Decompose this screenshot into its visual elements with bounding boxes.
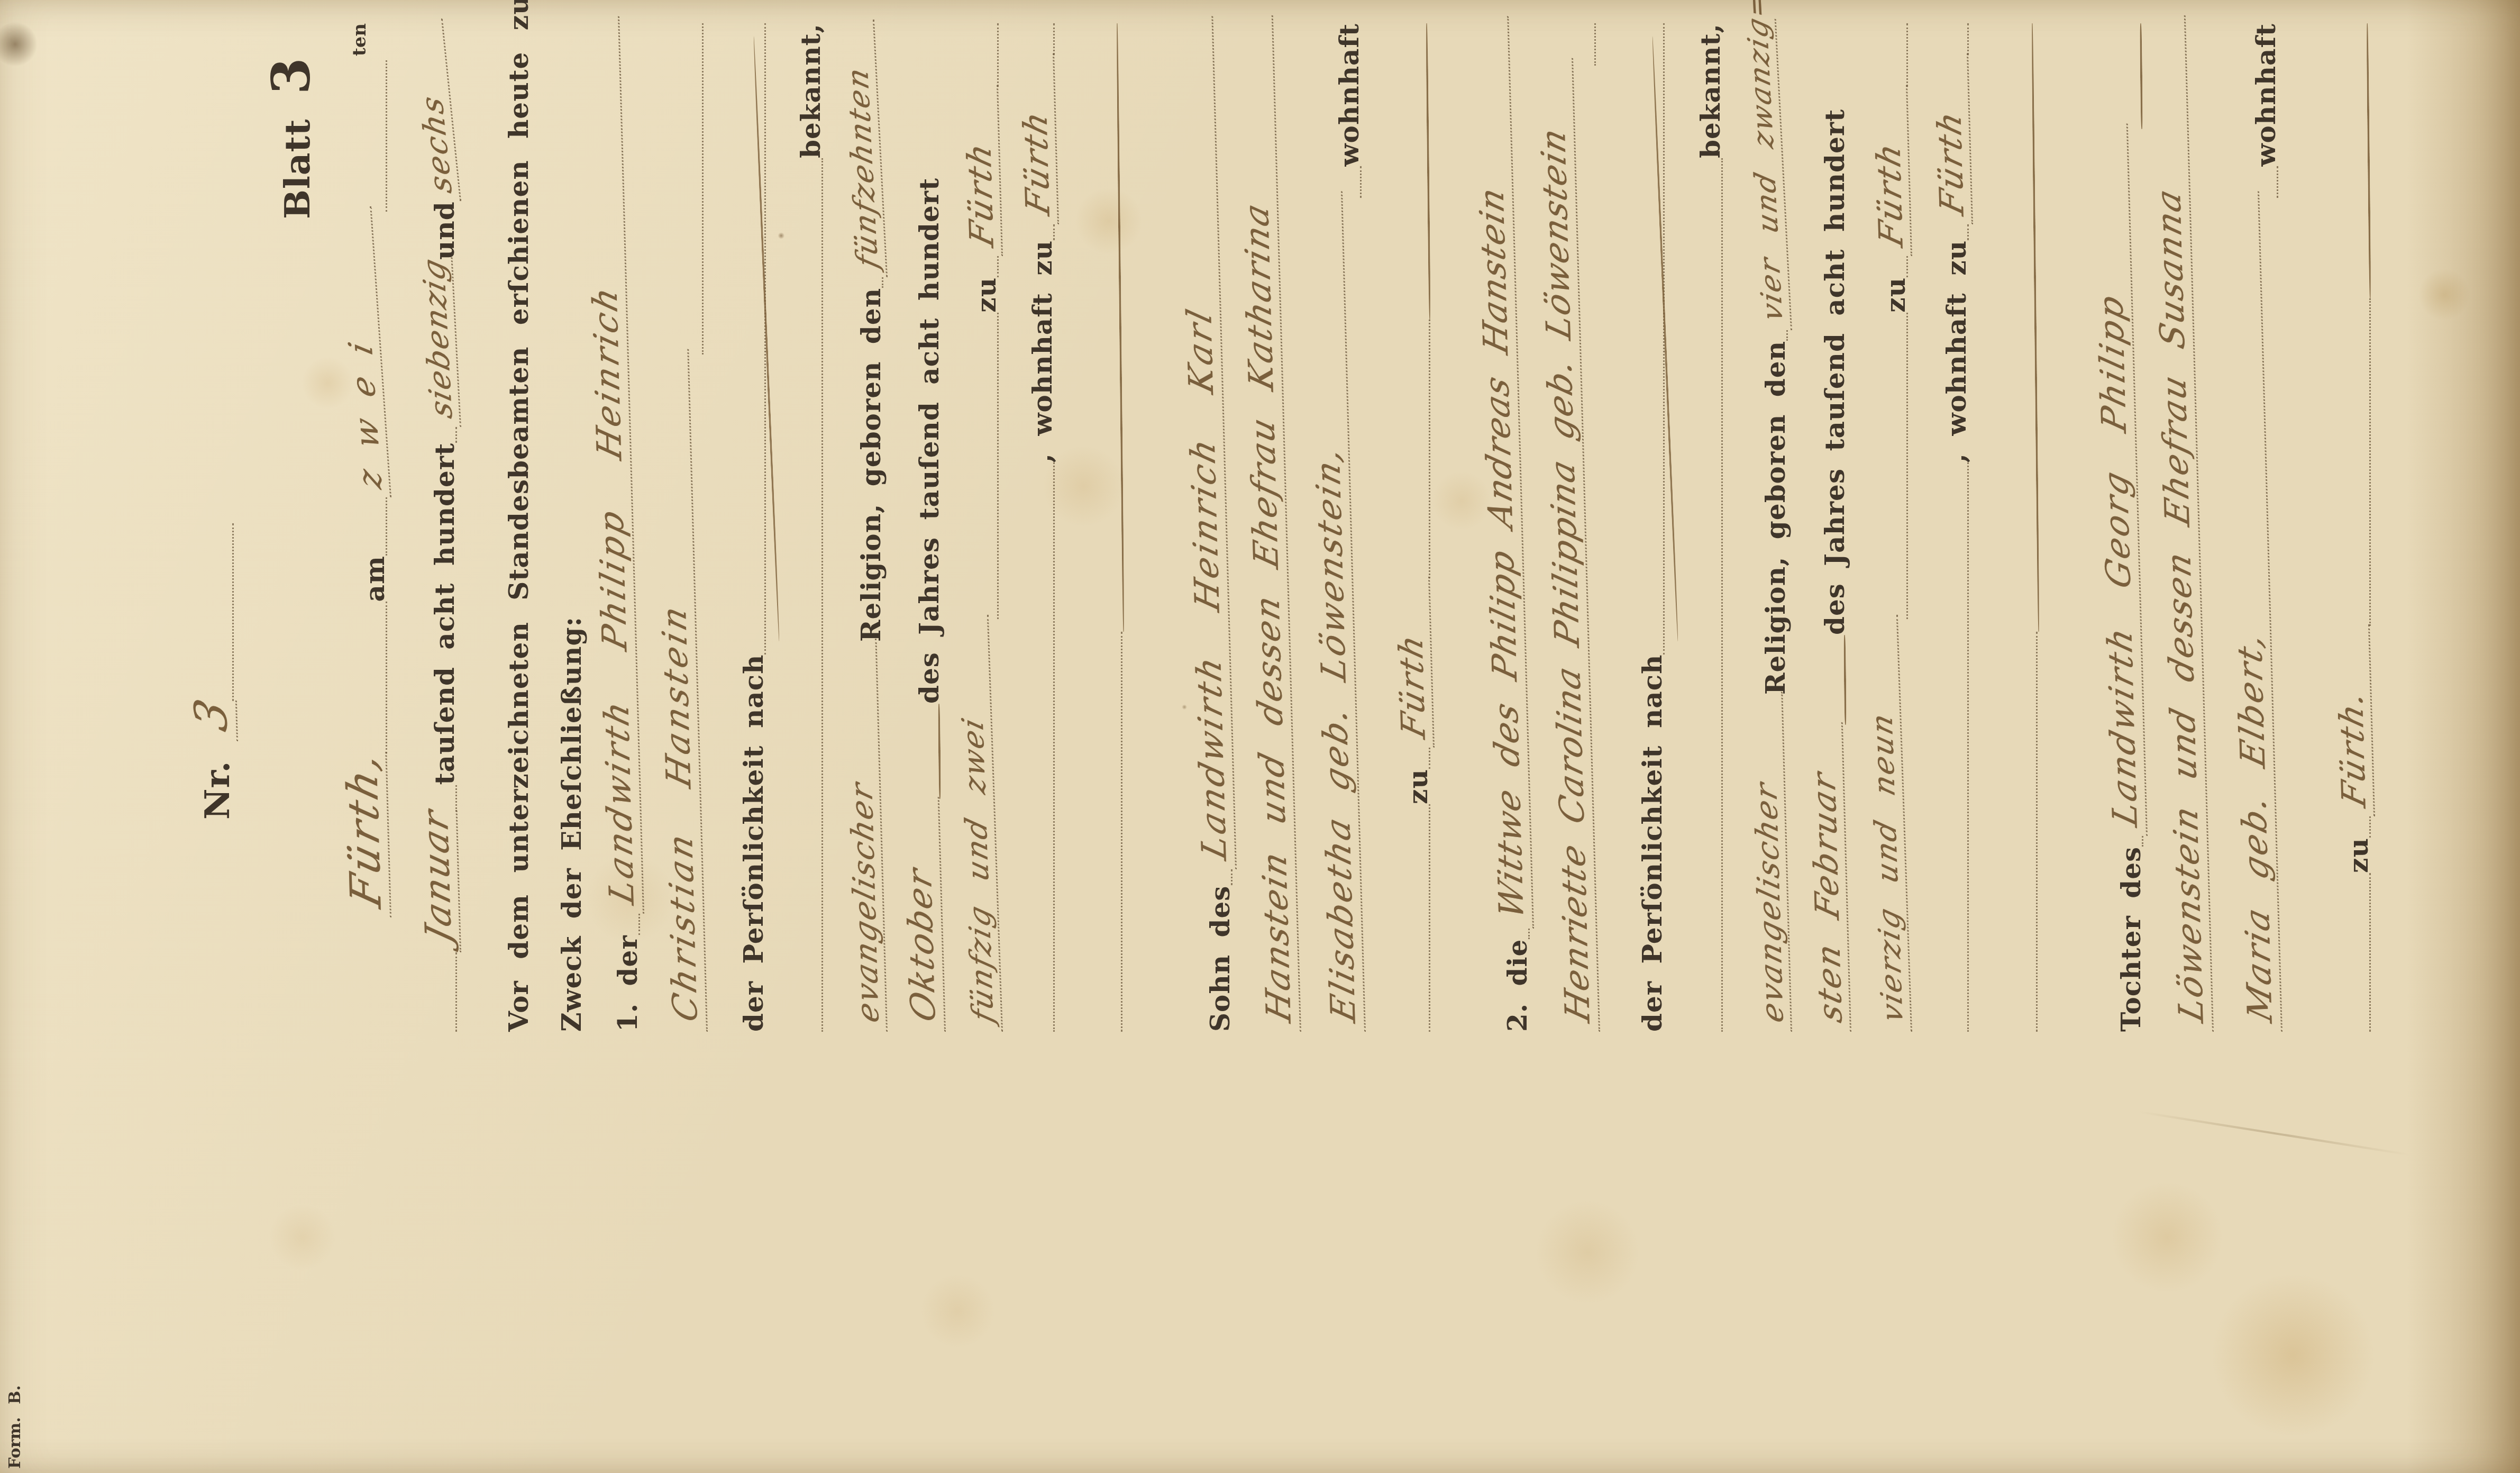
- line-bride-1: 2. dieWittwe des Philipp Andreas Hanstei…: [1481, 23, 1534, 1032]
- line-bride-birthyear-2: vierzig und neunzuFürth: [1859, 23, 1912, 1032]
- printed-form-text: 1. der: [615, 935, 644, 1032]
- line-groom-birthyear-2: fünfzig und zweizuFürth: [950, 23, 1003, 1032]
- line-groom-father: Sohn desLandwirth Heinrich Karl: [1184, 23, 1237, 1032]
- blatt-header: Blatt 3: [264, 29, 333, 219]
- printed-form-text: wohnhaft: [2253, 23, 2282, 166]
- dotted-rule: [1053, 224, 1055, 240]
- nr-label: Nr.: [201, 760, 238, 820]
- line-bride-religion: evangelischerReligion, geboren denvier u…: [1739, 23, 1792, 1032]
- dotted-rule: [1429, 748, 1430, 769]
- dotted-rule: [2277, 166, 2278, 198]
- line-groom-religion: evangelischerReligion, geboren denfünfze…: [835, 23, 888, 1032]
- handwritten-entry: fünfzig und zwei: [956, 607, 1003, 1032]
- printed-form-text: am: [362, 556, 391, 602]
- dotted-rule: [455, 427, 457, 443]
- printed-superscript: ten: [349, 23, 370, 60]
- line-record-place-date: Fürth,amzweiten: [339, 23, 391, 917]
- printed-form-text: der Perſönlichkeit nach: [741, 654, 770, 1032]
- line-bride-residence: , wohnhaft zuFürth: [1920, 23, 1973, 1032]
- dotted-rule: [702, 23, 704, 354]
- line-record-year: Januartauſend acht hundertsiebenzigundse…: [408, 23, 461, 1032]
- ink-dash-stroke: [1426, 23, 1431, 320]
- line-groom-parents-2: Hanstein und dessen Ehefrau Katharina: [1248, 23, 1301, 1032]
- dotted-rule: [821, 158, 823, 1032]
- handwritten-entry: Christian Hanstein: [653, 340, 708, 1032]
- handwritten-entry: sten Februar: [1807, 713, 1851, 1032]
- dotted-rule: [1053, 462, 1055, 1032]
- nr-header: Nr. 3: [185, 523, 238, 820]
- blatt-label: Blatt: [280, 119, 318, 219]
- printed-form-text: zu: [973, 277, 1003, 313]
- dotted-rule: [2142, 836, 2143, 847]
- handwritten-entry: evangelischer: [843, 630, 888, 1032]
- dotted-rule: [1721, 158, 1723, 1032]
- dotted-rule: [997, 313, 999, 619]
- line-groom-mother: Elisabetha geb. Löwenstein,wohnhaft: [1313, 23, 1366, 1032]
- dotted-rule: [1906, 313, 1908, 619]
- handwritten-entry: Landwirth Heinrich Karl: [1177, 7, 1237, 869]
- handwritten-entry: Fürth: [1019, 44, 1059, 224]
- nr-number-handwritten: 3: [191, 689, 238, 741]
- dotted-rule: [1906, 256, 1908, 277]
- ink-dash-stroke: [1116, 23, 1125, 632]
- ink-dash-stroke: [2366, 23, 2371, 298]
- line-bride-parents-residence: zuFürth.: [2322, 23, 2375, 1032]
- form-imprint: Form. B.: [0, 1331, 26, 1469]
- line-bride-filler: [1989, 23, 2042, 1032]
- ink-filler-stroke: [1663, 23, 1665, 654]
- printed-form-text: des Jahres tauſend acht hundert: [916, 178, 946, 704]
- line-standesbeamter: Vor dem unterzeichneten Standesbeamten e…: [482, 23, 535, 1032]
- printed-form-text: des Jahres tauſend acht hundert: [1822, 109, 1851, 635]
- dotted-rule: [386, 497, 387, 556]
- blatt-number: 3: [264, 57, 321, 95]
- handwritten-entry: Fürth,: [343, 741, 391, 917]
- line-groom-parents-residence: zuFürth: [1382, 23, 1435, 1032]
- handwritten-entry: Maria geb. Elbert,: [2223, 183, 2282, 1032]
- handwritten-entry: Wittwe des Philipp Andreas Hanstein: [1473, 7, 1534, 928]
- line-groom-identity: der Perſönlichkeit nach: [717, 23, 770, 1032]
- printed-form-text: Religion, geboren den: [858, 288, 888, 642]
- ink-filler-stroke: [764, 23, 766, 654]
- registry-sheet: Blatt 3 Nr. 3 Form. B. Fürth,amzweitenJa…: [0, 0, 2520, 1473]
- ink-dash-stroke: [2031, 23, 2040, 632]
- handwritten-entry: Januar: [419, 801, 461, 952]
- printed-form-text: zu: [2345, 838, 2375, 873]
- line-groom-2: Christian Hanstein: [655, 23, 708, 1032]
- printed-form-text: und: [432, 201, 461, 260]
- line-groom-filler: [1074, 23, 1127, 1032]
- line-zweck: Zweck der Eheſchließung:: [535, 23, 588, 1032]
- line-bride-mother: Maria geb. Elbert,wohnhaft: [2230, 23, 2282, 1032]
- dotted-rule: [2369, 816, 2371, 838]
- line-bride-identity: der Perſönlichkeit nach: [1616, 23, 1669, 1032]
- handwritten-entry: fünfzehnten: [842, 12, 888, 277]
- printed-form-text: zu: [1405, 769, 1435, 804]
- dotted-rule: [1967, 462, 1969, 1032]
- dotted-rule: [386, 60, 387, 212]
- printed-form-text: bekannt,: [1697, 23, 1727, 158]
- dotted-rule: [1967, 23, 1969, 55]
- handwritten-entry: zwei: [336, 199, 391, 497]
- handwritten-entry: Fürth: [963, 76, 1003, 256]
- line-groom-residence: , wohnhaft zuFürth: [1006, 23, 1059, 1032]
- handwritten-entry: sechs: [409, 13, 461, 201]
- dotted-rule: [386, 602, 387, 753]
- dotted-rule: [232, 523, 234, 701]
- form-label: Form. B.: [7, 1385, 26, 1469]
- printed-form-text: 2. die: [1504, 939, 1534, 1032]
- handwritten-entry: Fürth.: [2334, 615, 2375, 816]
- dotted-rule: [638, 914, 640, 935]
- printed-form-text: wohnhaft: [1336, 23, 1366, 166]
- dotted-rule: [1053, 23, 1055, 55]
- handwritten-entry: Fürth: [1933, 44, 1973, 224]
- handwritten-entry: Hanstein und dessen Ehefrau Katharina: [1237, 6, 1301, 1032]
- ink-dash-stroke: [2140, 23, 2143, 129]
- line-bride-2: Henriette Carolina Philippina geb. Löwen…: [1547, 23, 1600, 1032]
- printed-form-text: bekannt,: [798, 23, 827, 158]
- printed-form-text: Vor dem unterzeichneten Standesbeamten e…: [506, 0, 535, 1032]
- handwritten-entry: Fürth: [1394, 568, 1435, 748]
- handwritten-entry: vier und zwanzig=: [1745, 12, 1792, 330]
- line-groom-1: 1. derLandwirth Philipp Heinrich: [591, 23, 644, 1032]
- handwritten-entry: Landwirth Philipp Heinrich: [583, 7, 644, 914]
- dotted-rule: [1594, 23, 1596, 66]
- printed-form-text: der Perſönlichkeit nach: [1639, 654, 1669, 1032]
- dotted-rule: [2369, 873, 2371, 1032]
- dotted-rule: [1121, 632, 1122, 1032]
- ink-dash-stroke: [1843, 635, 1847, 725]
- line-bride-father: Tochter desLandwirth Georg Philipp: [2095, 23, 2148, 1032]
- line-bride-parents-2: Löwenstein und dessen Ehefrau Susanna: [2161, 23, 2214, 1032]
- dotted-rule: [1967, 224, 1969, 240]
- dotted-rule: [2369, 298, 2371, 626]
- dotted-rule: [1429, 804, 1430, 1032]
- line-bride-bekannt: bekannt,: [1674, 23, 1727, 1032]
- printed-form-text: , wohnhaft zu: [1943, 240, 1973, 462]
- line-groom-bekannt: bekannt,: [774, 23, 827, 1032]
- handwritten-entry: Fürth: [1872, 76, 1912, 256]
- handwritten-entry: Henriette Carolina Philippina geb. Löwen…: [1537, 49, 1600, 1032]
- handwritten-entry: siebenzig: [419, 250, 461, 427]
- handwritten-entry: evangelischer: [1749, 684, 1792, 1032]
- dotted-rule: [1786, 330, 1788, 341]
- dotted-rule: [1231, 870, 1232, 886]
- printed-form-text: Sohn des: [1207, 886, 1237, 1032]
- printed-form-text: Zweck der Eheſchließung:: [559, 616, 588, 1032]
- paper-crease: [2139, 1111, 2411, 1156]
- printed-form-text: Tochter des: [2118, 847, 2148, 1032]
- handwritten-entry: Elisabetha geb. Löwenstein,: [1306, 183, 1366, 1032]
- handwritten-entry: Landwirth Georg Philipp: [2092, 114, 2148, 836]
- printed-form-text: zu: [1883, 277, 1912, 313]
- scanned-register-page: { "meta": { "blatt_label": "Blatt", "bla…: [0, 0, 2520, 1473]
- dotted-rule: [1429, 320, 1430, 578]
- dotted-rule: [882, 277, 883, 288]
- dotted-rule: [1906, 23, 1908, 87]
- dotted-rule: [1528, 929, 1530, 939]
- handwritten-entry: Oktober: [903, 788, 946, 1032]
- handwritten-entry: vierzig und neun: [1865, 607, 1912, 1032]
- line-groom-birthyear-1: Oktoberdes Jahres tauſend acht hundert: [893, 23, 946, 1032]
- printed-form-text: Religion, geboren den: [1763, 341, 1792, 695]
- dotted-rule: [2036, 632, 2038, 1032]
- printed-form-text: , wohnhaft zu: [1029, 240, 1059, 462]
- ink-dash-stroke: [938, 704, 941, 799]
- handwritten-entry: Löwenstein und dessen Ehefrau Susanna: [2149, 6, 2214, 1032]
- line-bride-birthyear-1: sten Februardes Jahres tauſend acht hund…: [1798, 23, 1851, 1032]
- dotted-rule: [455, 785, 457, 812]
- printed-form-text: tauſend acht hundert: [432, 443, 461, 785]
- dotted-rule: [997, 256, 999, 277]
- dotted-rule: [1360, 166, 1362, 198]
- dotted-rule: [455, 952, 457, 1032]
- dotted-rule: [997, 23, 999, 87]
